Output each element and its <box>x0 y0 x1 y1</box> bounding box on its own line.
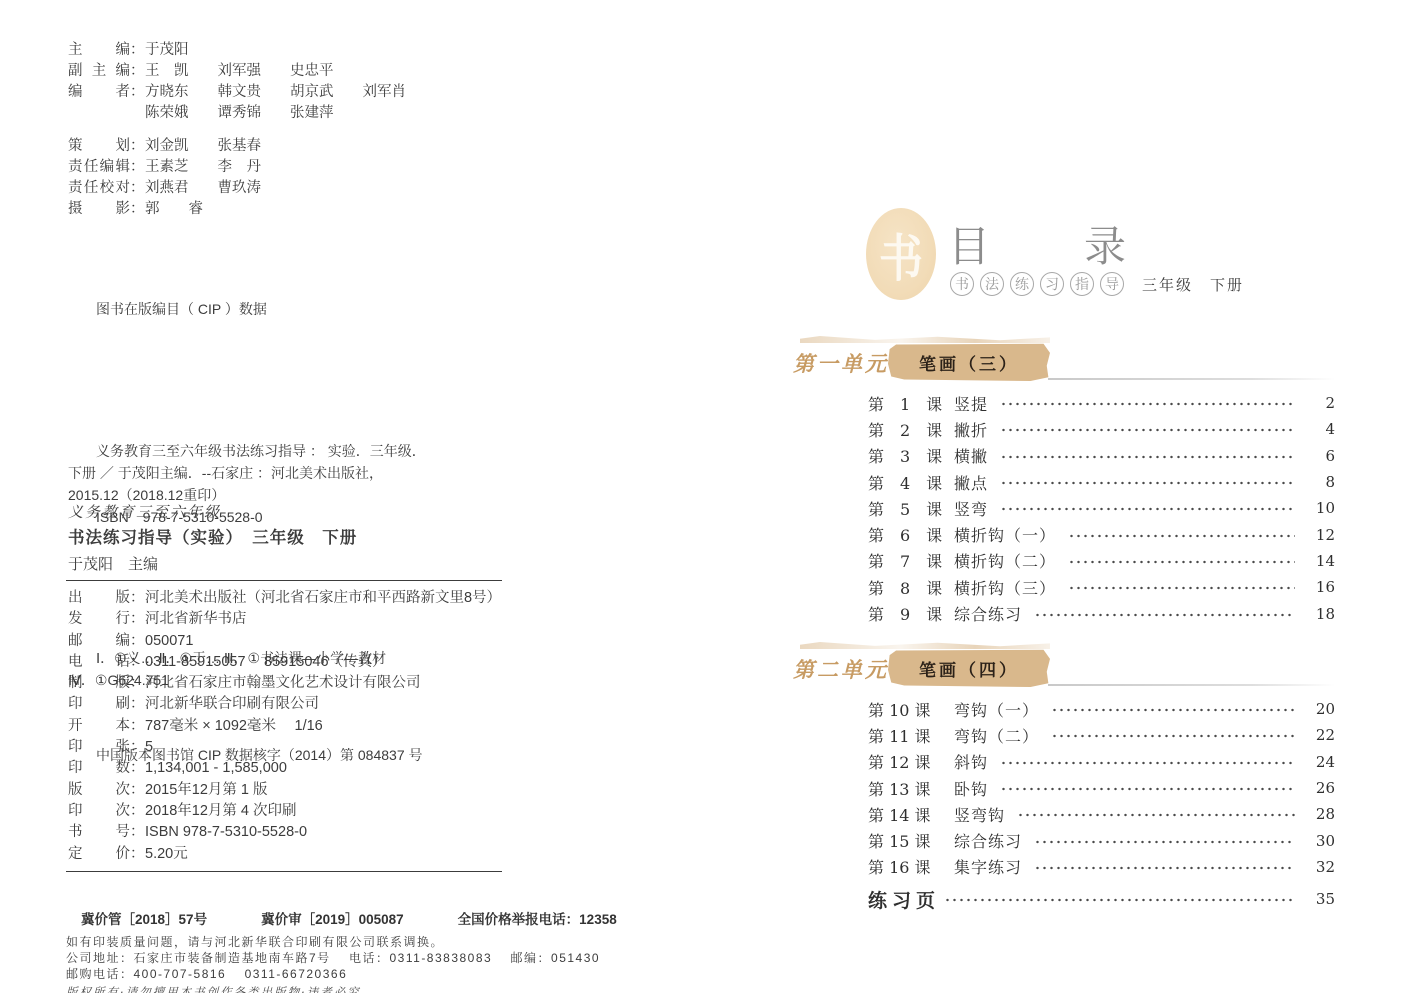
brush-smear-decoration <box>800 642 1050 649</box>
copyright-notice: 版权所有·请勿擅用本书创作各类出版物·违者必究 <box>66 984 706 993</box>
circled-char: 指 <box>1070 272 1094 296</box>
unit-1-header: 第一单元 笔画（三） <box>790 340 1335 384</box>
banner-shadow-line <box>1048 684 1335 686</box>
publication-colon: ： <box>130 780 145 801</box>
publication-value: 2018年12月第 4 次印刷 <box>145 803 297 819</box>
toc-entry: 第 15 课综合练习30 <box>790 827 1335 853</box>
publication-value: 河北新华联合印刷有限公司 <box>145 696 319 712</box>
credit-colon: ： <box>130 82 145 103</box>
credit-label: 责任编辑 <box>68 157 130 178</box>
publication-value: 河北省石家庄市翰墨文化艺术设计有限公司 <box>145 675 421 691</box>
publication-row: 印张：5 <box>68 737 501 758</box>
cip-line: 下册 ／ 于茂阳主编．--石家庄 ：河北美术出版社， <box>68 462 520 484</box>
credit-colon: ： <box>130 61 145 82</box>
credit-label: 编者 <box>68 82 130 103</box>
credit-colon: ： <box>130 157 145 178</box>
lesson-number: 第 16 课 <box>868 855 954 878</box>
publication-label: 印张 <box>68 737 130 758</box>
publication-row: 印次：2018年12月第 4 次印刷 <box>68 801 501 822</box>
page-number: 10 <box>1301 499 1335 517</box>
lesson-number: 第 6 课 <box>868 523 954 546</box>
seal-character: 书 <box>879 217 923 291</box>
table-of-contents: 书 目 录 书法练习指导 三年级 下册 第一单元 笔画（三） 第 1 课竖提2 … <box>790 200 1335 960</box>
publication-colon: ： <box>130 631 145 652</box>
page-number: 8 <box>1301 473 1335 491</box>
calligraphy-seal-icon: 书 <box>866 208 936 300</box>
price-notice: 冀价管［2018］57号 <box>81 912 207 927</box>
lesson-number: 第 5 课 <box>868 497 954 520</box>
dot-leader <box>1000 480 1295 486</box>
publication-row: 印刷：河北新华联合印刷有限公司 <box>68 694 501 715</box>
page-number: 18 <box>1301 605 1335 623</box>
circled-char: 书 <box>950 272 974 296</box>
credit-colon: ： <box>130 136 145 157</box>
credit-colon: ： <box>130 40 145 61</box>
cip-line: 义务教育三至六年级书法练习指导 ： 实验．三年级． <box>68 440 520 462</box>
lesson-number: 第 1 课 <box>868 392 954 415</box>
publication-row: 印数：1,134,001 - 1,585,000 <box>68 758 501 779</box>
publication-row: 书号：ISBN 978-7-5310-5528-0 <box>68 822 501 843</box>
toc-entry: 第 1 课竖提2 <box>790 390 1335 416</box>
publication-label: 开本 <box>68 716 130 737</box>
page-number: 2 <box>1301 394 1335 412</box>
circled-char: 导 <box>1100 272 1124 296</box>
lesson-title: 竖弯钩 <box>954 803 1005 826</box>
lesson-title: 竖提 <box>954 392 988 415</box>
page-number: 24 <box>1301 753 1335 771</box>
publication-row: 邮编：050071 <box>68 631 501 652</box>
book-author: 于茂阳 主编 <box>68 552 357 578</box>
lesson-title: 撇折 <box>954 418 988 441</box>
page-number: 4 <box>1301 420 1335 438</box>
credit-value: 方晓东 韩文贵 胡京武 刘军肖 <box>145 84 406 100</box>
page-number: 28 <box>1301 805 1335 823</box>
dot-leader <box>1034 612 1295 618</box>
publication-label: 电话 <box>68 652 130 673</box>
quality-notice: 如有印装质量问题，请与河北新华联合印刷有限公司联系调换。 <box>66 934 706 950</box>
toc-entry: 第 2 课撇折4 <box>790 416 1335 442</box>
publication-label: 发行 <box>68 609 130 630</box>
dot-leader <box>944 897 1295 903</box>
grade-volume-label: 三年级 下册 <box>1142 274 1244 295</box>
lesson-number: 第 2 课 <box>868 418 954 441</box>
publication-value: 5 <box>145 739 153 755</box>
toc-page-title: 目 录 <box>948 214 1152 274</box>
lesson-title: 弯钩（一） <box>954 698 1039 721</box>
publication-colon: ： <box>130 844 145 865</box>
publication-label: 制版 <box>68 673 130 694</box>
publication-row: 开本：787毫米 × 1092毫米 1/16 <box>68 716 501 737</box>
credit-row: 责任校对：刘燕君 曹玖涛 <box>68 178 261 199</box>
credit-label: 摄影 <box>68 199 130 220</box>
publication-colon: ： <box>130 588 145 609</box>
credit-label: 主编 <box>68 40 130 61</box>
unit-2-header: 第二单元 笔画（四） <box>790 646 1335 690</box>
unit-1-title: 笔画（三） <box>919 350 1019 375</box>
lesson-title: 横折钩（一） <box>954 523 1056 546</box>
price-notice: 全国价格举报电话：12358 <box>458 912 617 927</box>
publication-colon: ： <box>130 716 145 737</box>
publication-colon: ： <box>130 609 145 630</box>
publication-value: 0311-85915057 85915046（传真） <box>145 654 387 670</box>
page-number: 20 <box>1301 700 1335 718</box>
lesson-title: 撇点 <box>954 471 988 494</box>
publication-row: 版次：2015年12月第 1 版 <box>68 780 501 801</box>
publication-colon: ： <box>130 652 145 673</box>
page-number: 14 <box>1301 552 1335 570</box>
divider-rule-bottom <box>66 871 502 872</box>
page-number: 16 <box>1301 578 1335 596</box>
circled-char: 法 <box>980 272 1004 296</box>
publication-value: 河北省新华书店 <box>145 611 247 627</box>
publication-value: 2015年12月第 1 版 <box>145 782 268 798</box>
unit-1-entries: 第 1 课竖提2 第 2 课撇折4 第 3 课横撇6 第 4 课撇点8 第 5 … <box>790 390 1335 627</box>
credit-label: 责任校对 <box>68 178 130 199</box>
lesson-number: 第 8 课 <box>868 576 954 599</box>
publication-colon: ： <box>130 801 145 822</box>
lesson-title: 横折钩（三） <box>954 576 1056 599</box>
publication-colon: ： <box>130 673 145 694</box>
credit-colon: ： <box>130 178 145 199</box>
practice-pages-title: 练习页 <box>868 886 940 913</box>
lesson-title: 集字练习 <box>954 855 1022 878</box>
lesson-title: 横折钩（二） <box>954 549 1056 572</box>
publication-label: 版次 <box>68 780 130 801</box>
dot-leader <box>1068 585 1295 591</box>
unit-1-label: 第一单元 <box>793 348 889 378</box>
publication-value: 河北美术出版社（河北省石家庄市和平西路新文里8号） <box>145 590 501 606</box>
dot-leader <box>1068 559 1295 565</box>
credit-value: 王素芝 李 丹 <box>145 159 261 175</box>
lesson-title: 综合练习 <box>954 602 1022 625</box>
page-number: 32 <box>1301 858 1335 876</box>
book-title-block: 义务教育三至六年级 书法练习指导（实验） 三年级 下册 于茂阳 主编 <box>68 500 357 578</box>
practice-pages-entry: 练习页 35 <box>868 884 1335 914</box>
dot-leader <box>1017 812 1295 818</box>
toc-entry: 第 14 课竖弯钩28 <box>790 801 1335 827</box>
circled-char: 习 <box>1040 272 1064 296</box>
price-notice: 冀价审［2019］005087 <box>261 912 404 927</box>
toc-entry: 第 3 课横撇6 <box>790 443 1335 469</box>
dot-leader <box>1000 760 1295 766</box>
dot-leader <box>1000 506 1295 512</box>
publication-value: 050071 <box>145 633 193 649</box>
credit-label: 副主编 <box>68 61 130 82</box>
lesson-number: 第 4 课 <box>868 471 954 494</box>
credit-row: 编者：方晓东 韩文贵 胡京武 刘军肖 <box>68 82 406 103</box>
banner-shadow-line <box>1048 378 1335 380</box>
lesson-title: 竖弯 <box>954 497 988 520</box>
series-title: 义务教育三至六年级 <box>68 500 357 524</box>
toc-entry: 第 5 课竖弯10 <box>790 495 1335 521</box>
publication-colon: ： <box>130 822 145 843</box>
publication-label: 出版 <box>68 588 130 609</box>
lesson-title: 横撇 <box>954 444 988 467</box>
lesson-title: 综合练习 <box>954 829 1022 852</box>
page-number: 26 <box>1301 779 1335 797</box>
unit-1-banner: 笔画（三） <box>888 343 1050 381</box>
lesson-number: 第 3 课 <box>868 444 954 467</box>
publication-label: 书号 <box>68 822 130 843</box>
credits-primary: 主编：于茂阳 副主编：王 凯 刘军强 史忠平 编者：方晓东 韩文贵 胡京武 刘军… <box>68 40 406 124</box>
credit-value: 于茂阳 <box>145 42 189 58</box>
circled-char: 练 <box>1010 272 1034 296</box>
publication-label: 印刷 <box>68 694 130 715</box>
lesson-title: 弯钩（二） <box>954 724 1039 747</box>
lesson-number: 第 13 课 <box>868 777 954 800</box>
publication-label: 印次 <box>68 801 130 822</box>
dot-leader <box>1068 533 1295 539</box>
dot-leader <box>1034 865 1295 871</box>
dot-leader <box>1000 454 1295 460</box>
unit-2-entries: 第 10 课弯钩（一）20 第 11 课弯钩（二）22 第 12 课斜钩24 第… <box>790 696 1335 880</box>
toc-subtitle: 书法练习指导 三年级 下册 <box>950 272 1244 296</box>
publication-row: 电话：0311-85915057 85915046（传真） <box>68 652 501 673</box>
dot-leader <box>1000 401 1295 407</box>
credit-row: 摄影：郭 睿 <box>68 199 261 220</box>
circled-title-chars: 书法练习指导 <box>950 272 1130 296</box>
page-number: 30 <box>1301 832 1335 850</box>
credit-label: 策划 <box>68 136 130 157</box>
unit-2-label: 第二单元 <box>793 654 889 684</box>
publication-colon: ： <box>130 694 145 715</box>
dot-leader <box>1051 707 1295 713</box>
credit-value: 郭 睿 <box>145 201 203 217</box>
lesson-number: 第 12 课 <box>868 750 954 773</box>
unit-2-banner: 笔画（四） <box>888 649 1050 687</box>
publication-label: 定价 <box>68 844 130 865</box>
credit-row: 策划：刘金凯 张基春 <box>68 136 261 157</box>
publication-value: 1,134,001 - 1,585,000 <box>145 760 287 776</box>
publication-row: 制版：河北省石家庄市翰墨文化艺术设计有限公司 <box>68 673 501 694</box>
credit-row: 责任编辑：王素芝 李 丹 <box>68 157 261 178</box>
brush-smear-decoration <box>800 336 1050 343</box>
lesson-number: 第 11 课 <box>868 724 954 747</box>
toc-entry: 第 4 课撇点8 <box>790 469 1335 495</box>
publication-label: 印数 <box>68 758 130 779</box>
unit-2-title: 笔画（四） <box>919 656 1019 681</box>
toc-entry: 第 6 课横折钩（一）12 <box>790 521 1335 547</box>
toc-entry: 第 16 课集字练习32 <box>790 854 1335 880</box>
credit-row: 陈荣娥 谭秀锦 张建萍 <box>68 103 406 124</box>
dot-leader <box>1000 427 1295 433</box>
page-number: 35 <box>1301 890 1335 908</box>
credit-value: 刘燕君 曹玖涛 <box>145 180 261 196</box>
dot-leader <box>1051 733 1295 739</box>
publication-value: ISBN 978-7-5310-5528-0 <box>145 824 307 840</box>
lesson-title: 卧钩 <box>954 777 988 800</box>
page-number: 6 <box>1301 447 1335 465</box>
book-title: 书法练习指导（实验） 三年级 下册 <box>68 524 357 552</box>
lesson-number: 第 9 课 <box>868 602 954 625</box>
book-spread: 主编：于茂阳 副主编：王 凯 刘军强 史忠平 编者：方晓东 韩文贵 胡京武 刘军… <box>0 0 1413 993</box>
credit-value: 王 凯 刘军强 史忠平 <box>145 63 334 79</box>
lesson-title: 斜钩 <box>954 750 988 773</box>
company-address: 公司地址：石家庄市装备制造基地南车路7号 电话：0311-83838083 邮编… <box>66 950 706 966</box>
publication-colon: ： <box>130 737 145 758</box>
publication-row: 出版：河北美术出版社（河北省石家庄市和平西路新文里8号） <box>68 588 501 609</box>
publication-info: 出版：河北美术出版社（河北省石家庄市和平西路新文里8号） 发行：河北省新华书店 … <box>68 588 501 865</box>
toc-entry: 第 9 课综合练习18 <box>790 600 1335 626</box>
page-number: 12 <box>1301 526 1335 544</box>
dot-leader <box>1034 839 1295 845</box>
lesson-number: 第 14 课 <box>868 803 954 826</box>
lesson-number: 第 10 课 <box>868 698 954 721</box>
credit-value: 刘金凯 张基春 <box>145 138 261 154</box>
credits-editorial: 策划：刘金凯 张基春 责任编辑：王素芝 李 丹 责任校对：刘燕君 曹玖涛 摄影：… <box>68 136 261 220</box>
publication-value: 787毫米 × 1092毫米 1/16 <box>145 718 323 734</box>
cip-heading: 图书在版编目（ CIP ）数据 <box>68 298 520 320</box>
page-number: 22 <box>1301 726 1335 744</box>
lesson-number: 第 15 课 <box>868 829 954 852</box>
toc-entry: 第 7 课横折钩（二）14 <box>790 548 1335 574</box>
publication-value: 5.20元 <box>145 846 188 862</box>
publication-row: 定价：5.20元 <box>68 844 501 865</box>
toc-entry: 第 10 课弯钩（一）20 <box>790 696 1335 722</box>
lesson-number: 第 7 课 <box>868 549 954 572</box>
toc-entry: 第 12 课斜钩24 <box>790 749 1335 775</box>
toc-entry: 第 8 课横折钩（三）16 <box>790 574 1335 600</box>
divider-rule-top <box>66 580 502 581</box>
credit-value: 陈荣娥 谭秀锦 张建萍 <box>145 105 334 121</box>
mail-order-phone: 邮购电话：400-707-5816 0311-66720366 <box>66 966 706 982</box>
toc-entry: 第 11 课弯钩（二）22 <box>790 722 1335 748</box>
credit-colon: ： <box>130 199 145 220</box>
price-notices: 冀价管［2018］57号冀价审［2019］005087全国价格举报电话：1235… <box>66 878 706 928</box>
toc-entry: 第 13 课卧钩26 <box>790 775 1335 801</box>
credit-row: 主编：于茂阳 <box>68 40 406 61</box>
credit-row: 副主编：王 凯 刘军强 史忠平 <box>68 61 406 82</box>
publication-row: 发行：河北省新华书店 <box>68 609 501 630</box>
dot-leader <box>1000 786 1295 792</box>
publication-colon: ： <box>130 758 145 779</box>
publication-label: 邮编 <box>68 631 130 652</box>
colophon-bottom: 冀价管［2018］57号冀价审［2019］005087全国价格举报电话：1235… <box>66 878 706 993</box>
